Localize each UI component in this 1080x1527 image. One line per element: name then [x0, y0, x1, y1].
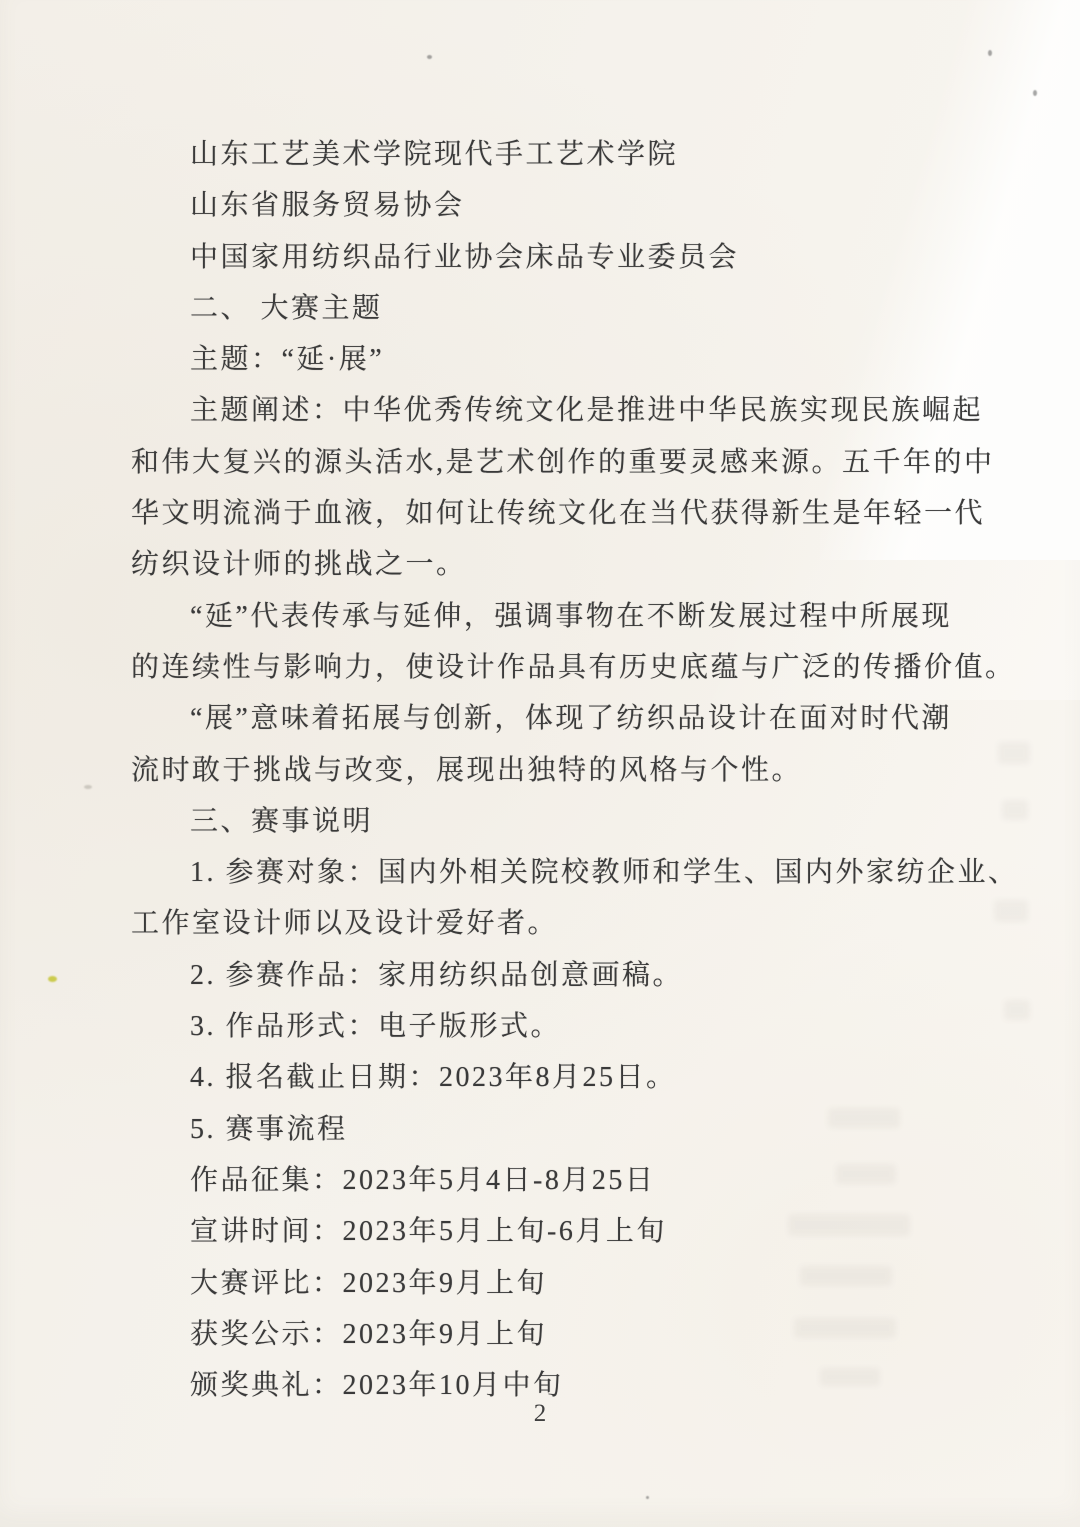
- text-line: 工作室设计师以及设计爱好者。: [131, 898, 1080, 949]
- page-number: 2: [0, 1400, 1080, 1428]
- text-line: 作品征集：2023年5月4日-8月25日: [131, 1155, 1080, 1206]
- scan-speck: [84, 785, 92, 789]
- text-line: 中国家用纺织品行业协会床品专业委员会: [131, 232, 1080, 283]
- text-line: 流时敢于挑战与改变，展现出独特的风格与个性。: [131, 745, 1080, 796]
- text-line: 1. 参赛对象：国内外相关院校教师和学生、国内外家纺企业、: [131, 847, 1080, 898]
- text-line: 纺织设计师的挑战之一。: [131, 539, 1080, 590]
- text-line: 的连续性与影响力，使设计作品具有历史底蕴与广泛的传播价值。: [131, 642, 1080, 693]
- text-line: 3. 作品形式：电子版形式。: [131, 1001, 1080, 1052]
- text-line: 三、赛事说明: [131, 796, 1080, 847]
- text-line: “展”意味着拓展与创新，体现了纺织品设计在面对时代潮: [131, 693, 1080, 744]
- text-line: 山东工艺美术学院现代手工艺术学院: [131, 129, 1080, 180]
- scan-speck: [988, 50, 992, 56]
- text-line: 5. 赛事流程: [131, 1104, 1080, 1155]
- text-line: 主题阐述：中华优秀传统文化是推进中华民族实现民族崛起: [131, 385, 1080, 436]
- scan-speck: [48, 976, 57, 982]
- text-line: 宣讲时间：2023年5月上旬-6月上旬: [131, 1206, 1080, 1257]
- text-line: 4. 报名截止日期：2023年8月25日。: [131, 1052, 1080, 1103]
- scan-speck: [646, 1496, 649, 1499]
- scan-speck: [1033, 90, 1037, 96]
- text-line: 山东省服务贸易协会: [131, 180, 1080, 231]
- text-line: 大赛评比：2023年9月上旬: [131, 1258, 1080, 1309]
- text-line: 2. 参赛作品：家用纺织品创意画稿。: [131, 950, 1080, 1001]
- text-line: 和伟大复兴的源头活水,是艺术创作的重要灵感来源。五千年的中: [131, 437, 1080, 488]
- scanned-document-page: 山东工艺美术学院现代手工艺术学院山东省服务贸易协会中国家用纺织品行业协会床品专业…: [0, 0, 1080, 1527]
- text-line: “延”代表传承与延伸，强调事物在不断发展过程中所展现: [131, 591, 1080, 642]
- document-body: 山东工艺美术学院现代手工艺术学院山东省服务贸易协会中国家用纺织品行业协会床品专业…: [131, 129, 1080, 1411]
- scan-speck: [427, 55, 432, 59]
- text-line: 主题：“延·展”: [131, 334, 1080, 385]
- text-line: 二、 大赛主题: [131, 283, 1080, 334]
- text-line: 获奖公示：2023年9月上旬: [131, 1309, 1080, 1360]
- text-line: 华文明流淌于血液，如何让传统文化在当代获得新生是年轻一代: [131, 488, 1080, 539]
